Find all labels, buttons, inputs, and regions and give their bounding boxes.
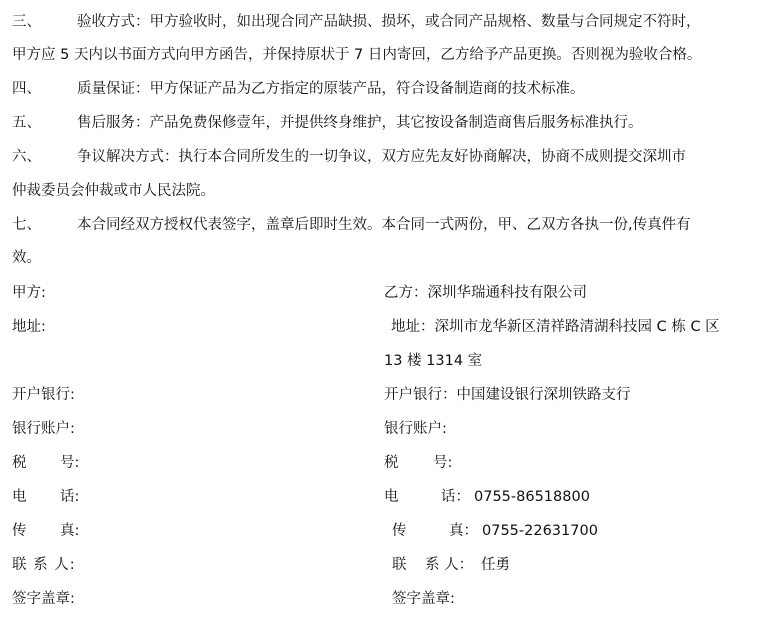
party-b-address-continued: 13 楼 1314 室	[384, 351, 482, 371]
party-b-name: 乙方：深圳华瑞通科技有限公司	[384, 283, 587, 303]
party-b-name-value: 深圳华瑞通科技有限公司	[428, 285, 588, 301]
clause-7-continued: 效。	[12, 248, 41, 268]
clause-text: 本合同经双方授权代表签字，盖章后即时生效。本合同一式两份，甲、乙双方各执一份,传…	[77, 215, 691, 235]
party-b-name-label: 乙方：	[384, 285, 428, 301]
party-b-bank-value: 中国建设银行深圳铁路支行	[457, 387, 631, 403]
party-a-address-label: 地址:	[12, 317, 46, 337]
party-b-contact-value: 任勇	[481, 555, 510, 575]
party-b-address-value: 深圳市龙华新区清祥路清湖科技园 C 栋 C 区	[435, 319, 720, 335]
clause-text: 验收方式：甲方验收时，如出现合同产品缺损、损坏，或合同产品规格、数量与合同规定不…	[77, 12, 701, 32]
clause-text: 质量保证：甲方保证产品为乙方指定的原装产品，符合设备制造商的技术标准。	[77, 79, 585, 99]
party-b-bank-label: 开户银行：	[384, 387, 457, 403]
party-b-fax-value: 0755-22631700	[482, 521, 598, 541]
clause-text: 争议解决方式：执行本合同所发生的一切争议，双方应先友好协商解决，协商不成则提交深…	[77, 147, 686, 167]
party-b-bank: 开户银行：中国建设银行深圳铁路支行	[384, 385, 631, 405]
party-a-account-label: 银行账户:	[12, 419, 75, 439]
clause-number: 六、	[12, 147, 41, 167]
party-a-bank-label: 开户银行:	[12, 385, 75, 405]
party-b-sign-label: 签字盖章:	[392, 589, 455, 609]
clause-number: 四、	[12, 79, 41, 99]
clause-number: 五、	[12, 113, 41, 133]
clause-number: 三、	[12, 12, 41, 32]
clause-6-continued: 仲裁委员会仲裁或市人民法院。	[12, 181, 215, 201]
clause-number: 七、	[12, 215, 41, 235]
party-b-account-label: 银行账户:	[384, 419, 447, 439]
party-b-address-label: 地址：	[391, 319, 435, 335]
clause-text: 售后服务：产品免费保修壹年，并提供终身维护，其它按设备制造商售后服务标准执行。	[77, 113, 643, 133]
party-a-sign-label: 签字盖章:	[12, 589, 75, 609]
party-a-name-label: 甲方:	[12, 283, 46, 303]
party-a-contact-label: 联 系 人:	[12, 555, 76, 575]
party-b-address: 地址：深圳市龙华新区清祥路清湖科技园 C 栋 C 区	[391, 317, 720, 337]
party-b-phone-value: 0755-86518800	[474, 487, 590, 507]
clause-3-continued: 甲方应 5 天内以书面方式向甲方函告，并保持原状于 7 日内寄回，乙方给予产品更…	[12, 45, 701, 65]
